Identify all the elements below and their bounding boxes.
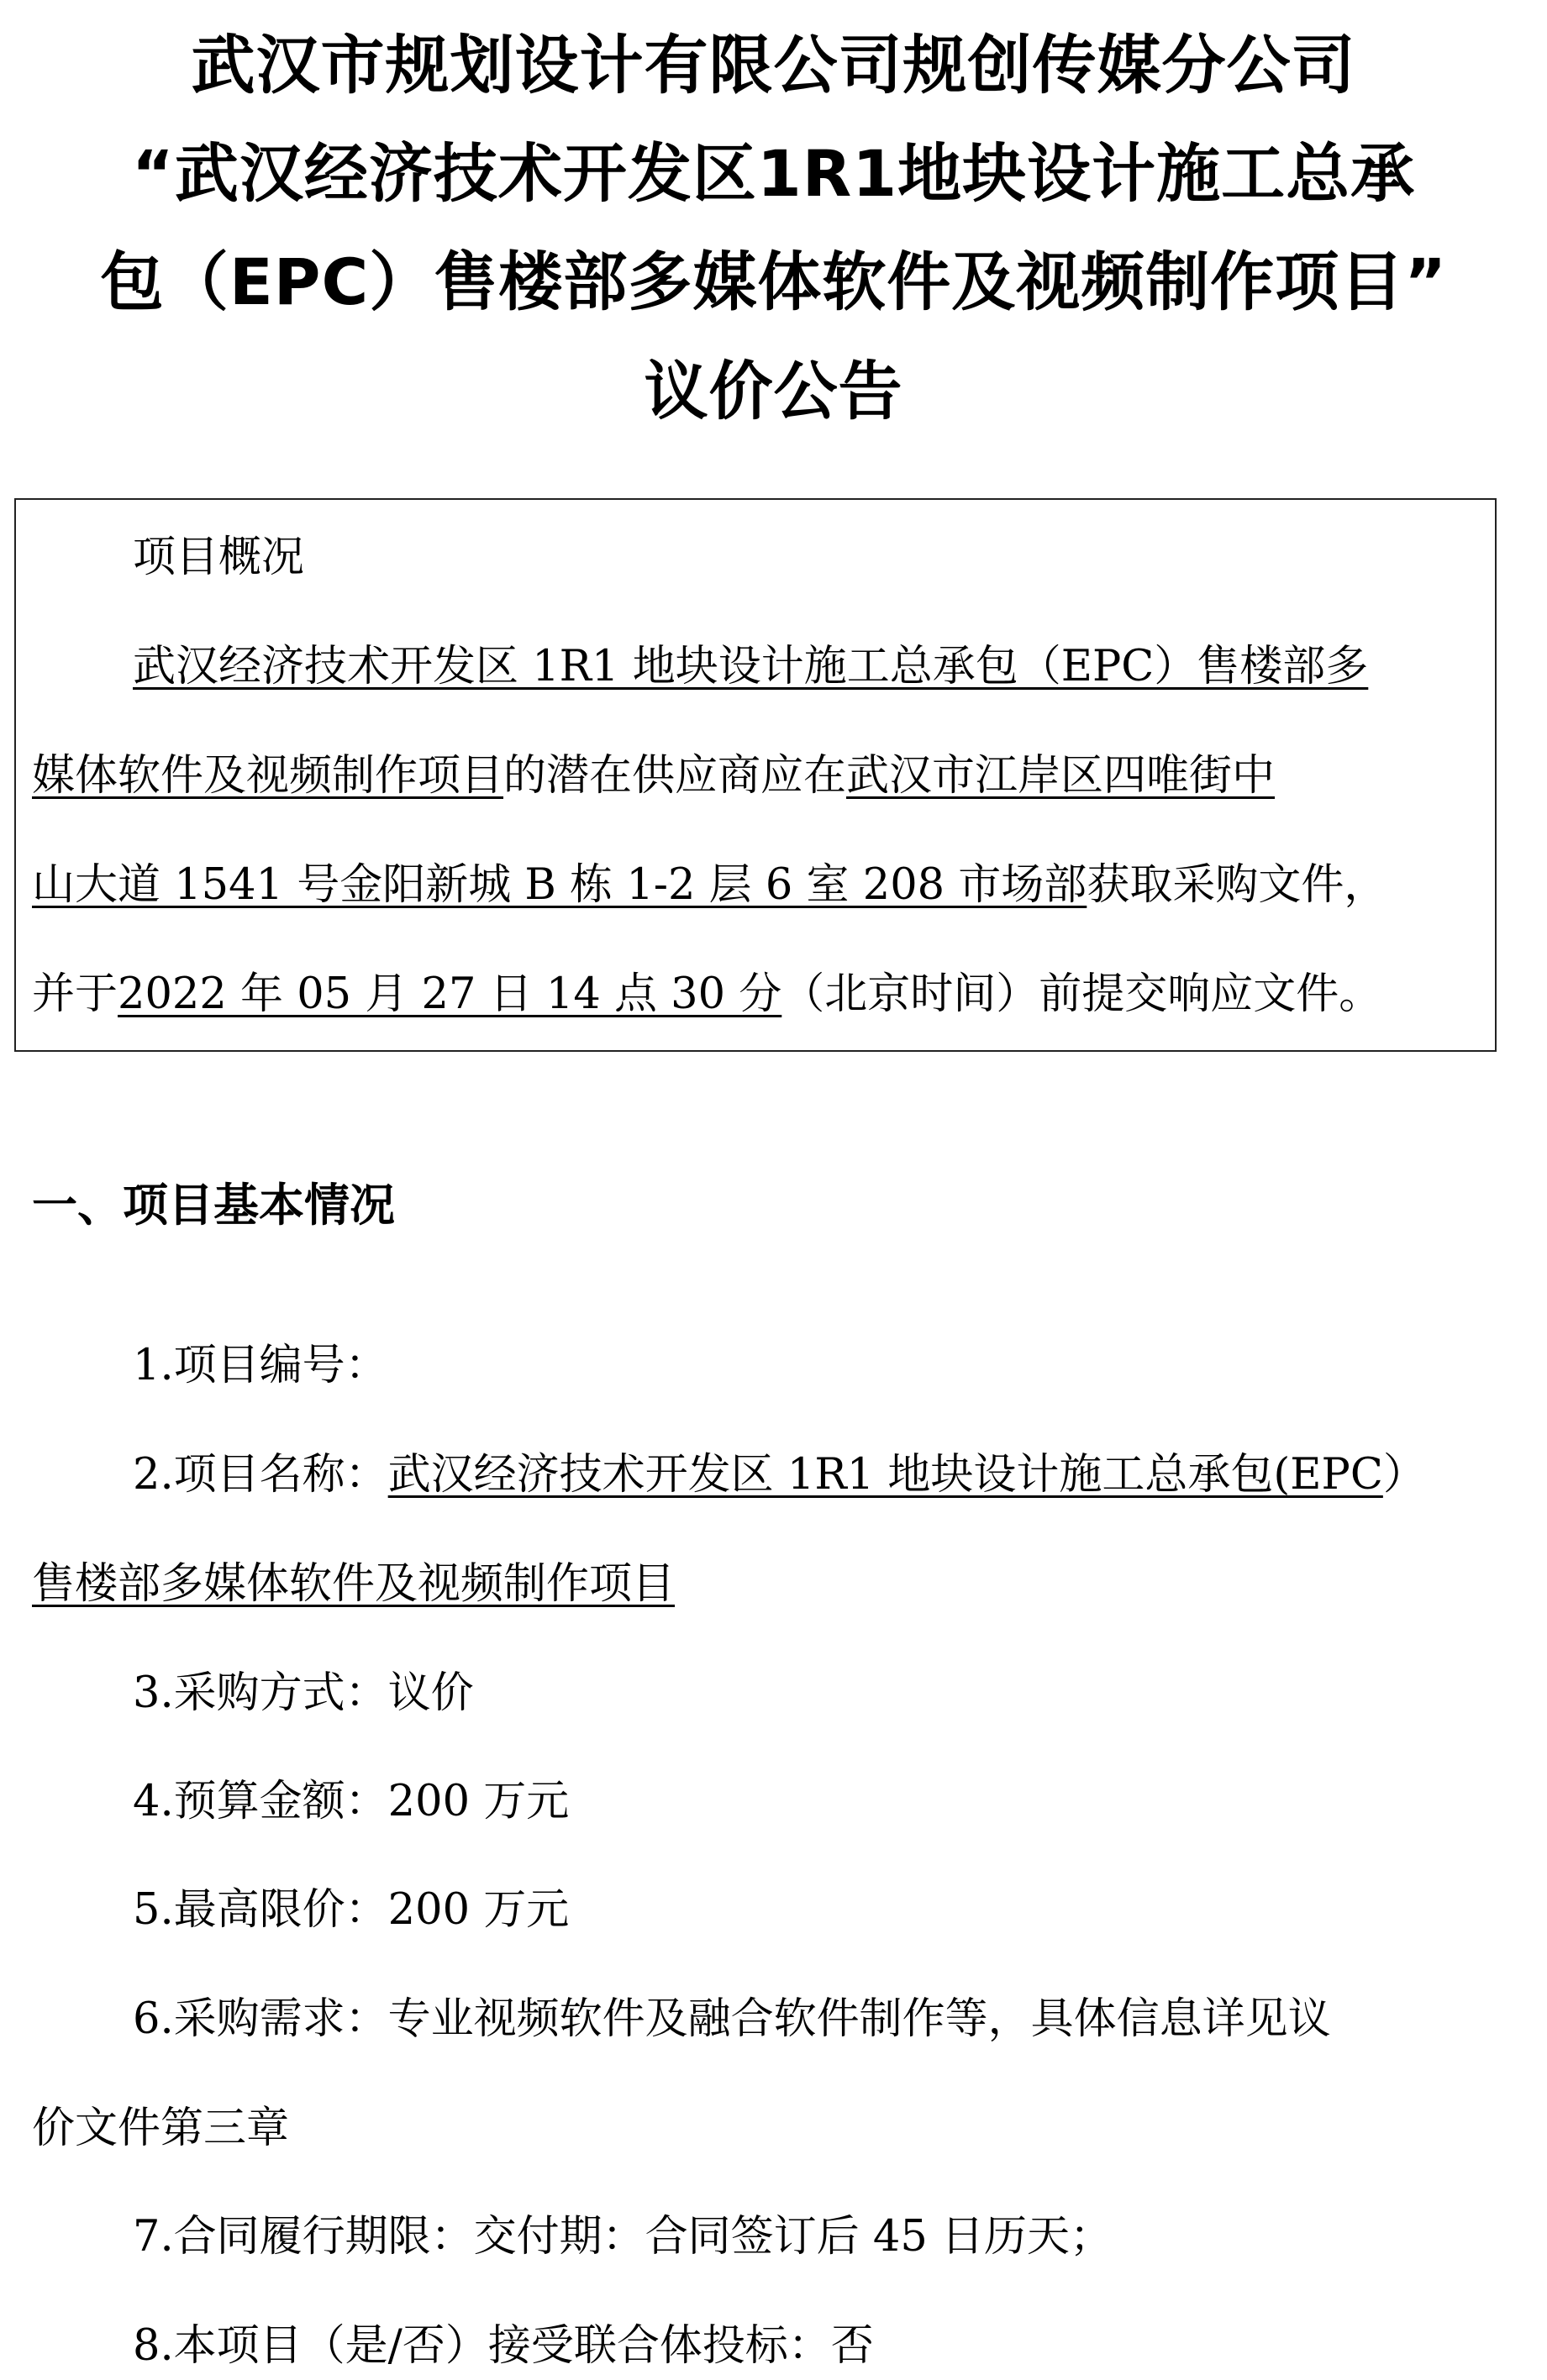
item-value-continuation: 售楼部多媒体软件及视频制作项目 [32,1559,675,1609]
summary-line-3: 山大道 1541 号金阳新城 B 栋 1-2 层 6 室 208 市场部获取采购… [32,860,1482,911]
summary-line-2: 媒体软件及视频制作项目 的潜在供应商应在 武汉市江岸区四唯街中 [32,751,1482,801]
summary-line-1: 武汉经济技术开发区 1R1 地块设计施工总承包（EPC）售楼部多 [133,642,1482,692]
item-value: 武汉经济技术开发区 1R1 地块设计施工总承包(EPC [388,1450,1383,1500]
title-line-4: 议价公告 [0,354,1547,429]
item-label: 4.预算金额： [133,1777,388,1826]
item-value: 交付期：合同签订后 45 日历天； [474,2212,1113,2262]
summary-heading: 项目概况 [133,533,304,583]
item-requirements-continuation: 价文件第三章 [32,2104,289,2154]
item-label: 3.采购方式： [133,1668,388,1718]
summary-line-4: 并于2022 年 05 月 27 日 14 点 30 分（北京时间）前提交响应文… [32,969,1482,1020]
item-contract-period: 7.合同履行期限：交付期：合同签订后 45 日历天； [133,2212,1113,2262]
item-value-continuation: 价文件第三章 [32,2104,289,2153]
item-value: 议价 [388,1668,474,1718]
summary-text: 的潜在供应商应在 [503,751,846,801]
item-value: 200 万元 [388,1885,570,1935]
project-name-link: 武汉经济技术开发区 1R1 地块设计施工总承包（EPC）售楼部多 [133,642,1368,691]
item-value: 专业视频软件及融合软件制作等，具体信息详见议 [388,1994,1331,2044]
summary-text: 并于 [32,969,118,1019]
item-project-number: 1.项目编号： [133,1341,388,1391]
item-value: 200 万元 [388,1777,570,1826]
item-max-price: 5.最高限价：200 万元 [133,1885,569,1936]
item-project-name: 2.项目名称：武汉经济技术开发区 1R1 地块设计施工总承包(EPC） [133,1450,1426,1500]
item-label: 8.本项目（是/否）接受联合体投标： [133,2321,831,2371]
item-project-name-continuation: 售楼部多媒体软件及视频制作项目 [32,1559,675,1610]
item-label: 6.采购需求： [133,1994,388,2044]
item-procurement-method: 3.采购方式：议价 [133,1668,474,1719]
summary-text: 获取采购文件， [1087,860,1387,910]
summary-text: （北京时间）前提交响应文件。 [781,969,1381,1019]
project-name-underlined: 媒体软件及视频制作项目 [32,751,503,801]
item-label: 5.最高限价： [133,1885,388,1935]
item-label: 1.项目编号： [133,1341,388,1390]
title-line-2: “武汉经济技术开发区1R1地块设计施工总承 [0,136,1547,212]
item-requirements: 6.采购需求：专业视频软件及融合软件制作等，具体信息详见议 [133,1994,1331,2045]
title-line-1: 武汉市规划设计有限公司规创传媒分公司 [0,28,1547,103]
deadline-underlined: 2022 年 05 月 27 日 14 点 30 分 [118,969,781,1019]
address-underlined: 武汉市江岸区四唯街中 [846,751,1275,801]
item-label: 7.合同履行期限： [133,2212,474,2262]
item-value: 否 [831,2321,874,2371]
title-line-3: 包（EPC）售楼部多媒体软件及视频制作项目” [0,244,1547,320]
item-label: 2.项目名称： [133,1450,388,1500]
section-heading-basic-info: 一、项目基本情况 [32,1176,395,1235]
item-joint-bid: 8.本项目（是/否）接受联合体投标：否 [133,2321,874,2372]
item-budget: 4.预算金额：200 万元 [133,1777,569,1827]
item-value-tail: ） [1383,1450,1426,1500]
address-underlined-cont: 山大道 1541 号金阳新城 B 栋 1-2 层 6 室 208 市场部 [32,860,1087,910]
